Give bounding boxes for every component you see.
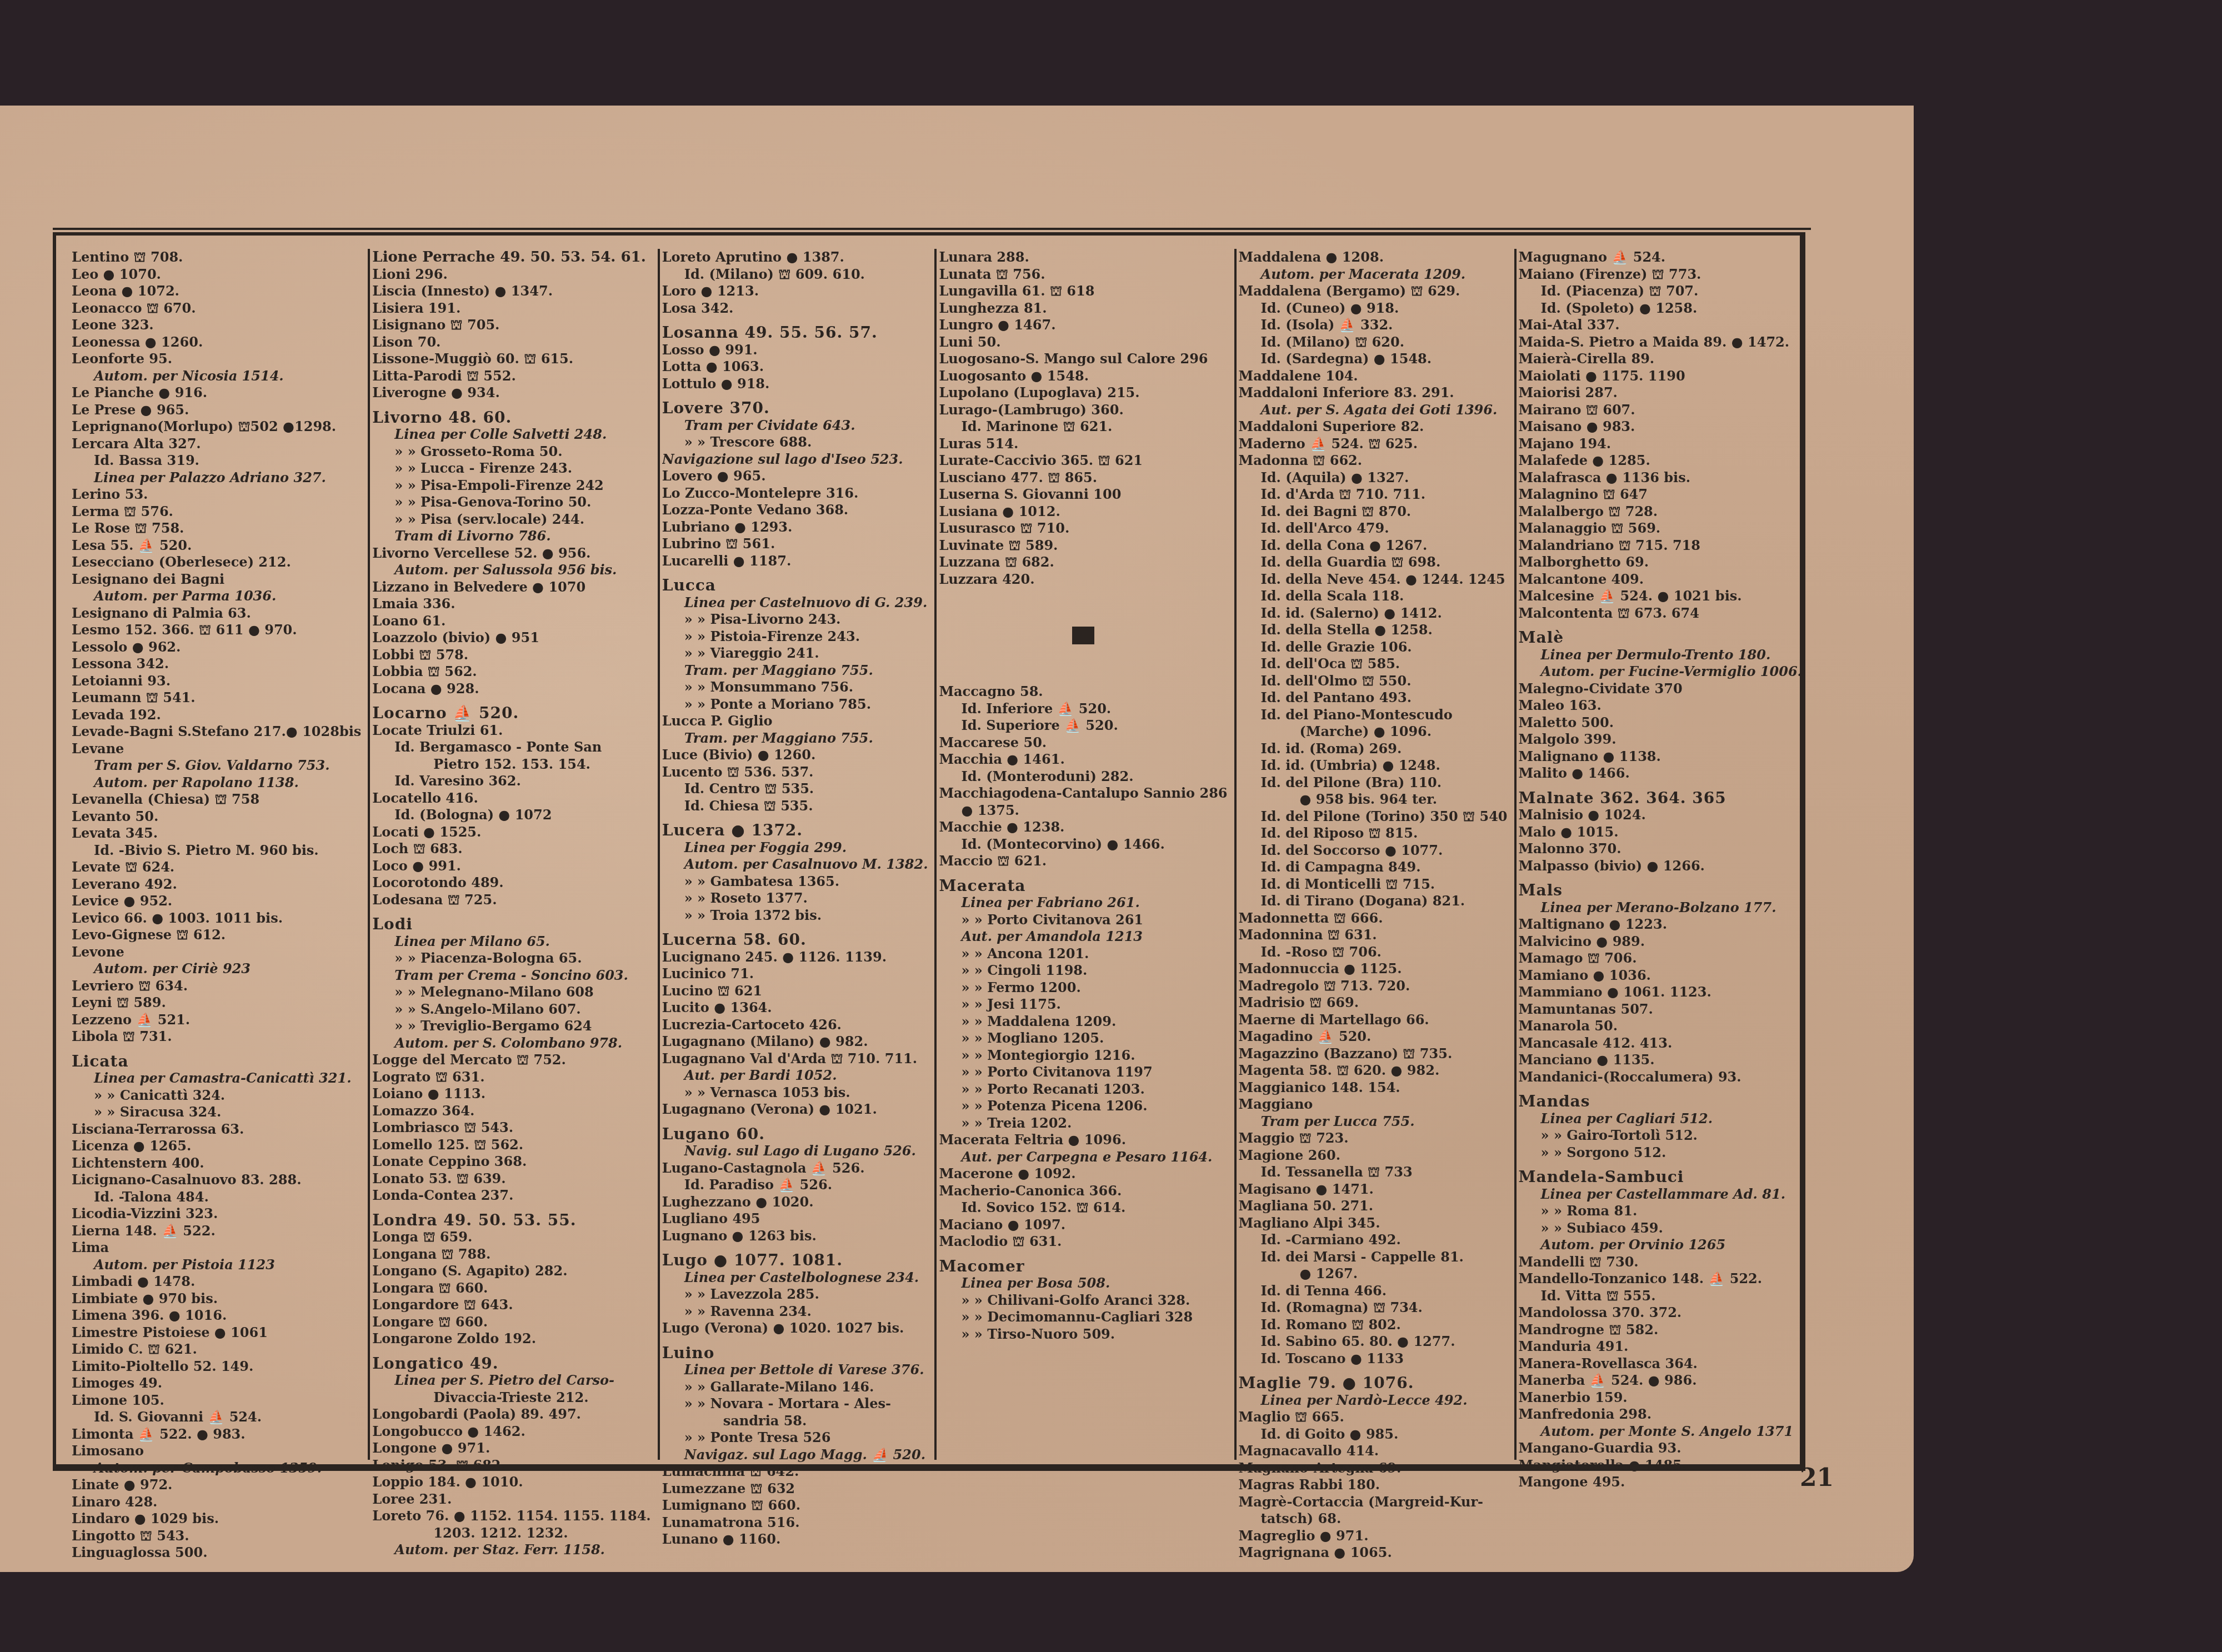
index-entry: Id. del Pilone (Torino) 350 ⛫ 540 [1239,808,1508,825]
index-entry: Magisano ● 1471. [1239,1181,1508,1198]
index-entry: » » Porto Civitanova 261 [939,912,1227,929]
index-entry: Malanaggio ⛫ 569. [1519,520,1802,537]
index-entry: » » Pisa-Genova-Torino 50. [372,494,650,511]
index-entry: Lotta ● 1063. [662,358,928,376]
index-entry: Luras 514. [939,435,1227,453]
index-entry: Mandello-Tonzanico 148. ⛵ 522. [1519,1270,1802,1288]
index-entry: Lonigo 53. ⛫ 682. [372,1457,650,1474]
index-entry: Leprignano(Morlupo) ⛫502 ●1298. [72,418,361,435]
index-entry: sandria 58. [662,1413,928,1430]
index-entry: Id. id. (Salerno) ● 1412. [1239,605,1508,622]
index-entry: Maiorisi 287. [1519,384,1802,402]
index-entry: Lucinico 71. [662,965,928,983]
index-entry: Id. id. (Roma) 269. [1239,740,1508,758]
index-entry: Leonessa ● 1260. [72,334,361,351]
index-entry: Id. dei Marsi - Cappelle 81. [1239,1249,1508,1266]
index-entry: Lucca P. Giglio [662,713,928,730]
index-entry: Id. Paradiso ⛵ 526. [662,1177,928,1194]
index-entry: Autom. per Macerata 1209. [1239,266,1508,283]
index-entry: Lusiana ● 1012. [939,503,1227,520]
index-entry: Limoges 49. [72,1375,361,1392]
index-entry: » » Vernasca 1053 bis. [662,1084,928,1102]
index-entry: Magugnano ⛵ 524. [1519,249,1802,266]
index-entry: Maiano (Firenze) ⛫ 773. [1519,266,1802,283]
index-entry: Litta-Parodi ⛫ 552. [372,368,650,385]
index-entry: Aut. per Carpegna e Pesaro 1164. [939,1149,1227,1166]
index-entry: Longarone Zoldo 192. [372,1330,650,1348]
index-entry: Maddalena (Bergamo) ⛫ 629. [1239,283,1508,300]
index-entry: Madonnina ⛫ 631. [1239,927,1508,944]
index-entry: Licenza ● 1265. [72,1138,361,1155]
index-entry: Lisiera 191. [372,300,650,317]
index-entry: Lurate-Caccivio 365. ⛫ 621 [939,452,1227,469]
index-entry: Id. di Goito ● 985. [1239,1426,1508,1443]
ornament-icon [1072,627,1094,644]
index-entry: Linea per Dermulo-Trento 180. [1519,647,1802,664]
index-entry: Lichtenstern 400. [72,1155,361,1172]
index-entry: Malonno 370. [1519,840,1802,858]
index-entry: Id. di Monticelli ⛫ 715. [1239,876,1508,893]
index-entry: Longardore ⛫ 643. [372,1296,650,1314]
index-entry: Madrisio ⛫ 669. [1239,994,1508,1012]
index-entry: Longa ⛫ 659. [372,1229,650,1246]
index-entry: Limbadi ● 1478. [72,1273,361,1290]
index-entry: Id. del Soccorso ● 1077. [1239,842,1508,859]
index-entry: Levada 192. [72,707,361,724]
index-entry: Lisciana-Terrarossa 63. [72,1121,361,1138]
index-entry: Maierà-Cirella 89. [1519,351,1802,368]
index-entry: Manfredonia 298. [1519,1406,1802,1423]
index-entry: Lovero ● 965. [662,468,928,485]
index-entry: » » Montegiorgio 1216. [939,1047,1227,1064]
index-entry: Mandolossa 370. 372. [1519,1304,1802,1321]
station-heading: Lucera ● 1372. [662,822,928,839]
index-entry: Luni 50. [939,334,1227,351]
index-entry: Malgolo 399. [1519,731,1802,748]
index-entry: Maccarese 50. [939,734,1227,752]
index-entry: » » Gambatesa 1365. [662,873,928,890]
station-heading: Macomer [939,1258,1227,1275]
index-entry: Leone 323. [72,317,361,334]
index-entry: Longobucco ● 1462. [372,1423,650,1440]
index-entry: Limido C. ⛫ 621. [72,1341,361,1358]
index-entry: Lugliano 495 [662,1210,928,1228]
index-entry: Lesmo 152. 366. ⛫ 611 ● 970. [72,622,361,639]
index-entry: Lugnano ● 1263 bis. [662,1228,928,1245]
index-entry: Tram per S. Giov. Valdarno 753. [72,757,361,774]
index-entry: Lmaia 336. [372,595,650,613]
index-entry: Id. Marinone ⛫ 621. [939,418,1227,435]
index-entry: Mandelli ⛫ 730. [1519,1254,1802,1271]
index-entry: Id. della Scala 118. [1239,588,1508,605]
station-heading: Malè [1519,629,1802,647]
index-entry: Loro ● 1213. [662,283,928,300]
index-entry: Malafrasca ● 1136 bis. [1519,469,1802,487]
index-entry: Levico 66. ● 1003. 1011 bis. [72,910,361,927]
index-entry: Maclodio ⛫ 631. [939,1233,1227,1250]
index-entry: Lessolo ● 962. [72,639,361,656]
index-entry: Lottulo ● 918. [662,376,928,393]
index-entry: Maisano ● 983. [1519,418,1802,435]
index-entry: Levane [72,740,361,758]
index-entry: Magadino ⛵ 520. [1239,1028,1508,1045]
index-entry: » » Trescore 688. [662,434,928,451]
index-entry: Longare ⛫ 660. [372,1314,650,1331]
index-entry: Malegno-Cividate 370 [1519,680,1802,698]
index-entry: Levice ● 952. [72,893,361,910]
index-entry: Malagnino ⛫ 647 [1519,486,1802,503]
column-5: Maddalena ● 1208.Autom. per Macerata 120… [1237,249,1517,1460]
index-entry: Aut. per S. Agata dei Goti 1396. [1239,402,1508,419]
column-3: Loreto Aprutino ● 1387.Id. (Milano) ⛫ 60… [660,249,937,1460]
index-entry: Autom. per Fucine-Vermiglio 1006. [1519,663,1802,680]
index-entry: ● 1267. [1239,1265,1508,1283]
index-entry: Manciano ● 1135. [1519,1052,1802,1069]
index-entry: Maddaloni Inferiore 83. 291. [1239,384,1508,402]
index-entry: Id. Varesino 362. [372,773,650,790]
index-entry: Longobardi (Paola) 89. 497. [372,1406,650,1423]
station-heading: Mandela-Sambuci [1519,1169,1802,1186]
index-entry: Losso ● 991. [662,342,928,359]
index-entry: » » Porto Recanati 1203. [939,1081,1227,1098]
station-heading: Licata [72,1053,361,1070]
index-entry: Tram per Lucca 755. [1239,1113,1508,1130]
index-entry: Lison 70. [372,334,650,351]
index-entry: Id. (Bologna) ● 1072 [372,807,650,824]
index-entry: Id. Toscano ● 1133 [1239,1350,1508,1368]
index-entry: Id. d'Arda ⛫ 710. 711. [1239,486,1508,503]
index-entry: Lupolano (Lupoglava) 215. [939,384,1227,402]
index-entry: Lugagnano (Verona) ● 1021. [662,1101,928,1118]
station-heading: Londra 49. 50. 53. 55. [372,1212,650,1229]
index-entry: Id. di Tirano (Dogana) 821. [1239,893,1508,910]
index-entry: » » Tirso-Nuoro 509. [939,1326,1227,1343]
index-entry: Malborghetto 69. [1519,554,1802,571]
index-entry: Leona ● 1072. [72,283,361,300]
index-entry: Lumezzane ⛫ 632 [662,1480,928,1498]
index-entry: Malito ● 1466. [1519,765,1802,782]
index-entry: Autom. per Staz. Ferr. 1158. [372,1541,650,1559]
index-entry: Lucarelli ● 1187. [662,553,928,570]
index-entry: Linea per Merano-Bolzano 177. [1519,899,1802,917]
index-entry: Liscia (Innesto) ● 1347. [372,283,650,300]
index-entry: Lucrezia-Cartoceto 426. [662,1017,928,1034]
index-entry: Maggio ⛫ 723. [1239,1130,1508,1147]
index-entry: Id. (Spoleto) ● 1258. [1519,300,1802,317]
index-entry: Id. delle Grazie 106. [1239,639,1508,656]
index-entry: Majano 194. [1519,435,1802,453]
index-entry: » » Ancona 1201. [939,945,1227,963]
index-entry: Loch ⛫ 683. [372,840,650,858]
index-entry: Madonnetta ⛫ 666. [1239,910,1508,927]
index-entry: » » Subiaco 459. [1519,1220,1802,1237]
index-entry: Lisignano ⛫ 705. [372,317,650,334]
index-entry: Id. (Cuneo) ● 918. [1239,300,1508,317]
column-4: Lunara 288.Lunata ⛫ 756.Lungavilla 61. ⛫… [937,249,1236,1460]
index-entry: Navig. sul Lago di Lugano 526. [662,1143,928,1160]
index-entry: Limonta ⛵ 522. ● 983. [72,1426,361,1443]
index-entry: Maggianico 148. 154. [1239,1079,1508,1097]
station-heading: Mals [1519,882,1802,899]
index-entry: Id. (Milano) ⛫ 620. [1239,334,1508,351]
index-entry: Linea per Castellammare Ad. 81. [1519,1186,1802,1203]
index-entry: Id. Vitta ⛫ 555. [1519,1288,1802,1305]
index-entry: Lesignano di Palmia 63. [72,605,361,622]
index-entry: Malvicino ● 989. [1519,933,1802,950]
index-entry: » » Porto Civitanova 1197 [939,1064,1227,1081]
index-entry: Maggiano [1239,1096,1508,1113]
index-entry: Autom. per Orvinio 1265 [1519,1237,1802,1254]
index-entry: Lugo (Verona) ● 1020. 1027 bis. [662,1320,928,1337]
index-entry: Levanella (Chiesa) ⛫ 758 [72,791,361,808]
station-heading: Locarno ⛵ 520. [372,705,650,722]
index-entry: ● 958 bis. 964 ter. [1239,791,1508,808]
index-entry: Mangone 495. [1519,1474,1802,1491]
index-entry: Lumignano ⛫ 660. [662,1497,928,1514]
index-entry: Navigazione sul lago d'Iseo 523. [662,451,928,468]
index-entry: » » Pisa-Empoli-Firenze 242 [372,477,650,494]
index-entry: » » Treviglio-Bergamo 624 [372,1018,650,1035]
index-entry: Macchie ● 1238. [939,819,1227,836]
index-entry: Magliana 50. 271. [1239,1198,1508,1215]
index-entry: » » Sorgono 512. [1519,1144,1802,1162]
index-entry: Id. del Riposo ⛫ 815. [1239,825,1508,842]
index-entry: Id. dell'Arco 479. [1239,520,1508,537]
index-entry: Id. (Romagna) ⛫ 734. [1239,1299,1508,1316]
index-entry: Id. S. Giovanni ⛵ 524. [72,1409,361,1426]
station-heading: Lugano 60. [662,1126,928,1143]
index-entry: Licignano-Casalnuovo 83. 288. [72,1172,361,1189]
index-entry: Licodia-Vizzini 323. [72,1205,361,1223]
index-entry: Lesa 55. ⛵ 520. [72,537,361,554]
index-entry: Lumachina ⛫ 642. [662,1463,928,1480]
index-entry: Limena 396. ● 1016. [72,1307,361,1324]
index-entry: Lesignano dei Bagni [72,571,361,588]
index-entry: Malo ● 1015. [1519,824,1802,841]
index-entry: Id. -Bivio S. Pietro M. 960 bis. [72,842,361,859]
index-entry: Mamago ⛫ 706. [1519,950,1802,967]
index-entry: Levanto 50. [72,808,361,825]
index-entry: Lingotto ⛫ 543. [72,1528,361,1545]
index-entry: » » Ponte a Moriano 785. [662,696,928,713]
index-entry: Linea per Milano 65. [372,933,650,950]
index-entry: Lunamatrona 516. [662,1514,928,1531]
index-entry: Autom. per Pistoia 1123 [72,1256,361,1274]
index-entry: Linea per S. Pietro del Carso- [372,1372,650,1389]
index-entry: Lomazzo 364. [372,1103,650,1120]
index-entry: Liverogne ● 934. [372,384,650,402]
index-entry: Lessona 342. [72,655,361,673]
index-entry: tatsch) 68. [1239,1510,1508,1528]
index-entry: Levade-Bagni S.Stefano 217.● 1028bis [72,723,361,740]
index-entry: » » Chilivani-Golfo Aranci 328. [939,1292,1227,1309]
index-entry: Lezzeno ⛵ 521. [72,1012,361,1029]
index-entry: » » Viareggio 241. [662,645,928,662]
index-entry: Malpasso (bivio) ● 1266. [1519,858,1802,875]
index-entry: Loreto 76. ● 1152. 1154. 1155. 1184. [372,1508,650,1525]
index-entry: Linea per Cagliari 512. [1519,1110,1802,1128]
index-entry: Locate Triulzi 61. [372,722,650,739]
index-entry: Magreglio ● 971. [1239,1528,1508,1545]
index-entry: Lercara Alta 327. [72,435,361,453]
index-entry: (Marche) ● 1096. [1239,723,1508,740]
index-entry: Letoianni 93. [72,673,361,690]
index-entry: Macherio-Canonica 366. [939,1183,1227,1200]
index-entry: » » Pisa (serv.locale) 244. [372,511,650,528]
index-entry: Id. del Pantano 493. [1239,689,1508,707]
index-entry: Lizzano in Belvedere ● 1070 [372,579,650,596]
index-entry: Malnisio ● 1024. [1519,807,1802,824]
index-entry: Malcantone 409. [1519,571,1802,588]
station-heading: Luino [662,1345,928,1362]
index-entry: Lombriasco ⛫ 543. [372,1119,650,1137]
index-entry: Autom. per Rapolano 1138. [72,774,361,792]
index-entry: Id. -Carmiano 492. [1239,1232,1508,1249]
index-entry: Lima [72,1239,361,1256]
index-entry: » » Roma 81. [1519,1203,1802,1220]
index-entry: Malcesine ⛵ 524. ● 1021 bis. [1519,588,1802,605]
index-entry: Linea per Bosa 508. [939,1275,1227,1292]
index-entry: Maleo 163. [1519,697,1802,714]
index-entry: Mamuntanas 507. [1519,1001,1802,1018]
index-entry: Id. della Stella ● 1258. [1239,622,1508,639]
index-entry: Loreto Aprutino ● 1387. [662,249,928,266]
index-entry: Levo-Gignese ⛫ 612. [72,927,361,944]
index-entry: Limito-Pioltello 52. 149. [72,1358,361,1375]
index-entry: Luzzara 420. [939,571,1227,588]
index-entry: Leyni ⛫ 589. [72,994,361,1012]
index-entry: Lonato 53. ⛫ 639. [372,1170,650,1188]
column-2: Lione Perrache 49. 50. 53. 54. 61.Lioni … [370,249,659,1460]
index-entry: » » Lucca - Firenze 243. [372,460,650,477]
station-heading: Lovere 370. [662,400,928,417]
index-entry: Loiano ● 1113. [372,1085,650,1103]
index-entry: Id. Centro ⛫ 535. [662,780,928,798]
index-entry: Id. Tessanella ⛫ 733 [1239,1164,1508,1181]
index-entry: Maddaloni Superiore 82. [1239,418,1508,435]
index-entry: Mancasale 412. 413. [1519,1035,1802,1052]
index-entry: Id. -Talona 484. [72,1189,361,1206]
index-entry: Manduria 491. [1519,1338,1802,1355]
index-entry: Limone 105. [72,1392,361,1409]
index-entry: Divaccia-Trieste 212. [372,1389,650,1406]
index-entry: Linea per Castelbolognese 234. [662,1269,928,1286]
index-entry: Maletto 500. [1519,714,1802,732]
index-entry: Autom. per Nicosia 1514. [72,368,361,385]
index-entry: » » Ponte Tresa 526 [662,1429,928,1446]
index-entry: Maddalene 104. [1239,368,1508,385]
index-entry: » » S.Angelo-Milano 607. [372,1001,650,1018]
index-entry: Autom. per Monte S. Angelo 1371 [1519,1423,1802,1440]
index-entry: Id. (Sardegna) ● 1548. [1239,351,1508,368]
index-entry: Lioni 296. [372,266,650,283]
index-entry: Magazzino (Bazzano) ⛫ 735. [1239,1045,1508,1063]
index-entry: Mammiano ● 1061. 1123. [1519,984,1802,1001]
frame-top-rule [53,228,1811,230]
station-heading: Longatico 49. [372,1355,650,1373]
index-entry: Magras Rabbi 180. [1239,1476,1508,1494]
index-entry: Id. Sovico 152. ⛫ 614. [939,1199,1227,1217]
index-entry: Linguaglossa 500. [72,1544,361,1561]
index-entry: Lierna 148. ⛵ 522. [72,1223,361,1240]
index-entry: Luvinate ⛫ 589. [939,537,1227,554]
station-heading: Mandas [1519,1093,1802,1110]
index-entry: Lungavilla 61. ⛫ 618 [939,283,1227,300]
index-entry: Maiolati ● 1175. 1190 [1519,368,1802,385]
index-entry: Lobbia ⛫ 562. [372,663,650,680]
index-entry: Maderno ⛵ 524. ⛫ 625. [1239,435,1508,453]
index-entry: Aut. per Bardi 1052. [662,1067,928,1084]
index-entry: Limbiate ● 970 bis. [72,1290,361,1308]
index-entry: Lusurasco ⛫ 710. [939,520,1227,537]
index-entry: Leo ● 1070. [72,266,361,283]
index-entry: Livorno Vercellese 52. ● 956. [372,545,650,562]
index-entry: Linea per Palazzo Adriano 327. [72,469,361,487]
index-entry: Tram per Cividate 643. [662,417,928,434]
page-number: 21 [1800,1464,1834,1492]
station-heading: Lodi [372,916,650,933]
index-entry: Lodesana ⛫ 725. [372,892,650,909]
column-1: Lentino ⛫ 708.Leo ● 1070.Leona ● 1072.Le… [69,249,370,1460]
index-entry: Manerbio 159. [1519,1389,1802,1406]
index-entry: Lurago-(Lambrugo) 360. [939,402,1227,419]
index-entry: Lunata ⛫ 756. [939,266,1227,283]
index-entry: Linea per Fabriano 261. [939,894,1227,912]
index-entry: Luce (Bivio) ● 1260. [662,747,928,764]
index-entry: » » Jesi 1175. [939,996,1227,1013]
index-entry: Luserna S. Giovanni 100 [939,486,1227,503]
index-entry: Leverano 492. [72,876,361,893]
index-entry: Locati ● 1525. [372,824,650,841]
index-entry: » » Roseto 1377. [662,890,928,907]
index-entry: Id. dei Bagni ⛫ 870. [1239,503,1508,520]
index-entry: Linea per Foggia 299. [662,839,928,857]
index-entry: Tram per Crema - Soncino 603. [372,967,650,984]
index-entry: » » Pistoia-Firenze 243. [662,628,928,645]
index-entry: Magliano Alpi 345. [1239,1215,1508,1232]
index-entry: Madregolo ⛫ 713. 720. [1239,978,1508,995]
index-entry: Libola ⛫ 731. [72,1028,361,1045]
index-entry: ● 1375. [939,802,1227,819]
index-entry: Longara ⛫ 660. [372,1280,650,1297]
index-entry: Lugagnano (Milano) ● 982. [662,1033,928,1050]
index-entry: Madonna ⛫ 662. [1239,452,1508,469]
index-entry: » » Fermo 1200. [939,979,1227,997]
index-entry: Logge del Mercato ⛫ 752. [372,1052,650,1069]
index-entry: Tram. per Maggiano 755. [662,730,928,747]
index-entry: Maciano ● 1097. [939,1217,1227,1234]
index-entry: Leonforte 95. [72,351,361,368]
index-entry: Autom. per Salussola 956 bis. [372,562,650,579]
index-entry: Le Pianche ● 916. [72,384,361,402]
index-entry: Lunano ● 1160. [662,1531,928,1548]
index-entry: » » Monsummano 756. [662,679,928,696]
index-entry: Id. Inferiore ⛵ 520. [939,700,1227,718]
index-entry: Lucento ⛫ 536. 537. [662,764,928,781]
index-entry: » » Maddalena 1209. [939,1013,1227,1030]
index-entry: » » Melegnano-Milano 608 [372,984,650,1001]
index-entry: Autom. per Campobasso 1359. [72,1460,361,1477]
index-entry: Navigaz. sul Lago Magg. ⛵ 520. [662,1446,928,1464]
index-entry: » » Pisa-Livorno 243. [662,611,928,628]
index-entry: Lusciano 477. ⛫ 865. [939,469,1227,487]
index-entry: Lograto ⛫ 631. [372,1069,650,1086]
index-entry: Lerino 53. [72,486,361,503]
index-entry: Lo Zucco-Montelepre 316. [662,485,928,502]
index-entry: Luzzana ⛫ 682. [939,554,1227,571]
index-entry: Loazzolo (bivio) ● 951 [372,629,650,647]
index-entry: Id. della Neve 454. ● 1244. 1245 [1239,571,1508,588]
